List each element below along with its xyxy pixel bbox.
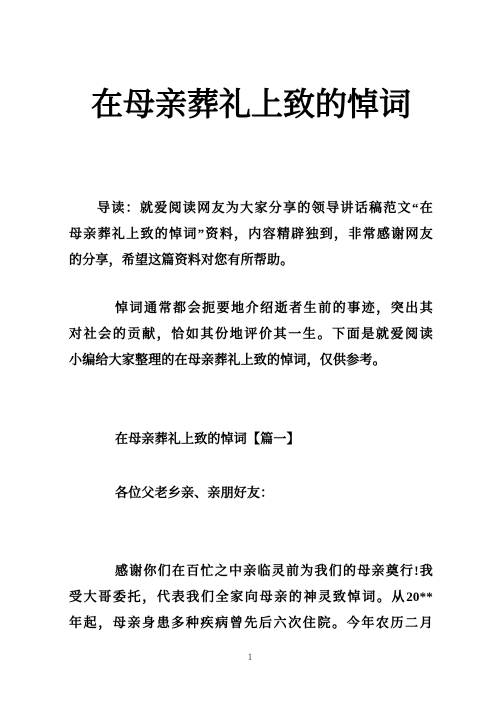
paragraph-intro: 导读：就爱阅读网友为大家分享的领导讲话稿范文“在 母亲葬礼上致的悼词”资料，内容… [69,195,433,273]
text-line: 悼词通常都会扼要地介绍逝者生前的事迹，突出其 [69,295,433,321]
paragraph-about: 悼词通常都会扼要地介绍逝者生前的事迹，突出其 对社会的贡献，恰如其份地评价其一生… [69,295,433,373]
section-heading: 在母亲葬礼上致的悼词【篇一】 [69,426,433,452]
text-line: 受大哥委托，代表我们全家向母亲的神灵致悼词。从20** [69,584,433,610]
text-line: 的分享，希望这篇资料对您有所帮助。 [69,247,433,273]
document-page: 在母亲葬礼上致的悼词 导读：就爱阅读网友为大家分享的领导讲话稿范文“在 母亲葬礼… [0,0,500,707]
text-line: 年起，母亲身患多种疾病曾先后六次住院。今年农历二月 [69,610,433,636]
salutation-text: 各位父老乡亲、亲朋好友： [69,480,433,506]
section-heading-text: 在母亲葬礼上致的悼词【篇一】 [69,426,433,452]
paragraph-eulogy: 感谢你们在百忙之中亲临灵前为我们的母亲奠行!我 受大哥委托，代表我们全家向母亲的… [69,558,433,636]
document-title: 在母亲葬礼上致的悼词 [69,0,433,126]
text-line: 小编给大家整理的在母亲葬礼上致的悼词，仅供参考。 [69,347,433,373]
text-line: 感谢你们在百忙之中亲临灵前为我们的母亲奠行!我 [69,558,433,584]
page-number: 1 [0,651,500,663]
document-content: 在母亲葬礼上致的悼词 导读：就爱阅读网友为大家分享的领导讲话稿范文“在 母亲葬礼… [0,0,500,636]
text-line: 母亲葬礼上致的悼词”资料，内容精辟独到，非常感谢网友 [69,221,433,247]
text-line: 对社会的贡献，恰如其份地评价其一生。下面是就爱阅读 [69,321,433,347]
salutation: 各位父老乡亲、亲朋好友： [69,480,433,506]
text-line: 导读：就爱阅读网友为大家分享的领导讲话稿范文“在 [69,195,433,221]
